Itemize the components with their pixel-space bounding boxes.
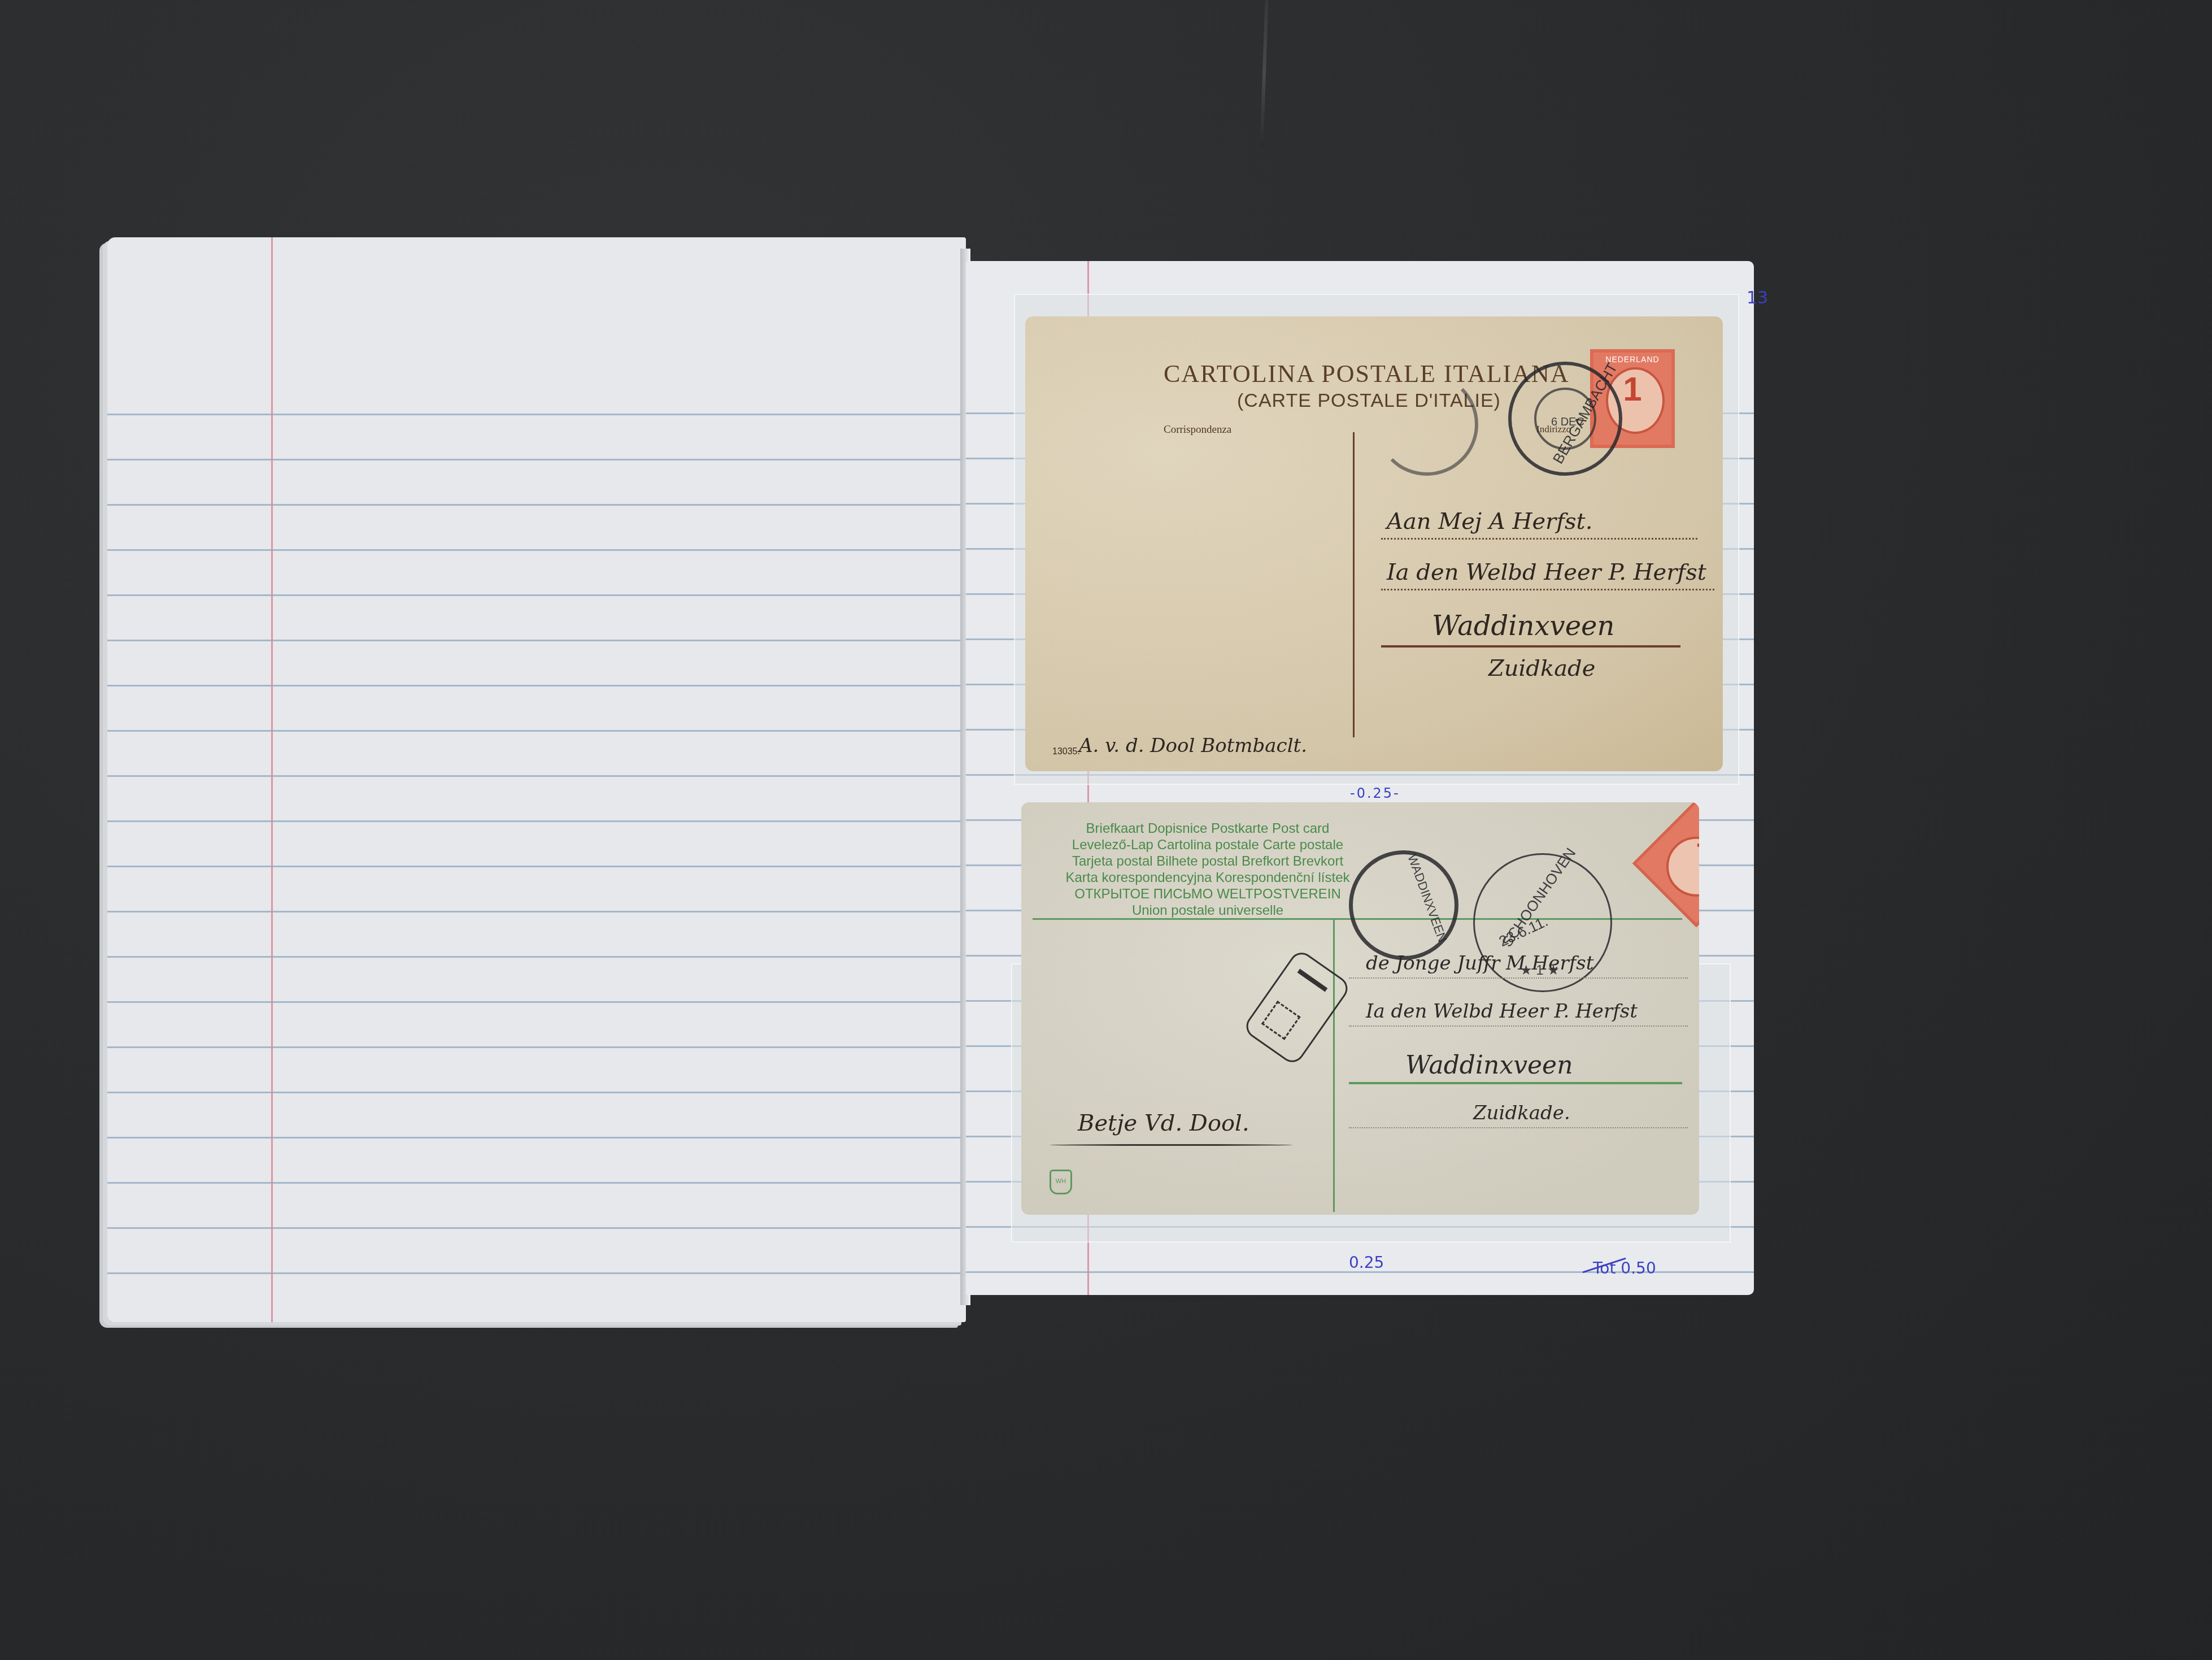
ruled-line bbox=[107, 956, 966, 958]
publisher-number: 13035. bbox=[1052, 747, 1080, 757]
address-rule bbox=[1349, 1127, 1688, 1128]
total-note: Tot 0.50 bbox=[1593, 1259, 1656, 1277]
ruled-line bbox=[107, 911, 966, 912]
publisher-logo-icon: WH bbox=[1050, 1170, 1072, 1194]
address-line: Zuidkade. bbox=[1473, 1102, 1570, 1124]
registration-handstamp-icon bbox=[1242, 948, 1352, 1067]
address-rule bbox=[1381, 538, 1697, 540]
card-divider bbox=[1333, 918, 1335, 1212]
card-title: CARTOLINA POSTALE ITALIANA bbox=[1164, 359, 1570, 388]
header-line: Tarjeta postal Bilhete postal Brefkort B… bbox=[1033, 853, 1383, 870]
postmark-icon: BERGAMBACHT 6 DEC bbox=[1508, 362, 1622, 476]
signature-underline bbox=[1050, 1144, 1292, 1146]
address-line: Waddinxveen bbox=[1405, 1051, 1573, 1080]
price-note-card2: 0.25 bbox=[1349, 1253, 1384, 1272]
ruled-line bbox=[107, 685, 966, 686]
address-rule bbox=[1349, 1025, 1688, 1027]
address-rule bbox=[1381, 589, 1714, 590]
postmark-icon: WADDINXVEEN bbox=[1349, 850, 1458, 960]
address-line: Aan Mej A Herfst. bbox=[1387, 509, 1592, 534]
postcard-upu[interactable]: Briefkaart Dopisnice Postkarte Post card… bbox=[1021, 802, 1699, 1215]
ruled-line bbox=[107, 414, 966, 415]
ruled-line bbox=[107, 640, 966, 641]
ruled-line bbox=[107, 1001, 966, 1003]
ruled-line bbox=[107, 1272, 966, 1274]
header-line: Levelező-Lap Cartolina postale Carte pos… bbox=[1033, 837, 1383, 853]
header-line: Union postale universelle bbox=[1033, 902, 1383, 919]
sender-signature: Betje Vd. Dool. bbox=[1078, 1110, 1249, 1136]
address-line: Ia den Welbd Heer P. Herfst bbox=[1387, 559, 1706, 585]
ruled-line bbox=[107, 866, 966, 867]
stamp-value: 1 bbox=[1663, 836, 1699, 873]
postmark-date: 6 DEC bbox=[1551, 416, 1584, 429]
ruled-line bbox=[107, 459, 966, 460]
notebook-left-page bbox=[107, 237, 966, 1322]
ruled-line bbox=[107, 549, 966, 551]
postcard-italian[interactable]: CARTOLINA POSTALE ITALIANA (CARTE POSTAL… bbox=[1025, 316, 1723, 771]
address-line: Waddinxveen bbox=[1432, 610, 1614, 642]
stamp-icon: 1 bbox=[1632, 802, 1699, 927]
header-line: ОТКРЫТОЕ ПИСЬМО WELTPOSTVEREIN bbox=[1033, 886, 1383, 902]
postmark-icon bbox=[1375, 373, 1478, 476]
address-rule bbox=[1349, 1082, 1682, 1084]
felt-crease bbox=[1260, 0, 1268, 147]
page-number: 13 bbox=[1747, 288, 1768, 308]
ruled-line bbox=[107, 775, 966, 777]
header-line: Karta korespondencyjna Korespondenční lí… bbox=[1033, 870, 1383, 886]
address-line: Zuidkade bbox=[1488, 655, 1595, 681]
address-rule bbox=[1381, 645, 1680, 648]
margin-line bbox=[271, 237, 273, 1322]
address-rule bbox=[1349, 977, 1688, 979]
postmark-text: WADDINXVEEN bbox=[1404, 853, 1449, 944]
card-divider bbox=[1353, 432, 1355, 737]
ruled-line bbox=[107, 594, 966, 596]
ruled-line bbox=[107, 730, 966, 732]
ruled-line bbox=[107, 1046, 966, 1048]
ruled-line bbox=[107, 1137, 966, 1138]
ruled-line bbox=[107, 1092, 966, 1093]
ruled-line bbox=[107, 1227, 966, 1229]
ruled-line bbox=[107, 1182, 966, 1184]
address-line: Ia den Welbd Heer P. Herfst bbox=[1366, 1000, 1638, 1023]
publisher-signature: A. v. d. Dool Botmbaclt. bbox=[1079, 735, 1307, 757]
ruled-line bbox=[107, 504, 966, 506]
label-correspondence: Corrispondenza bbox=[1164, 424, 1231, 436]
header-line: Briefkaart Dopisnice Postkarte Post card bbox=[1033, 820, 1383, 837]
card-header: Briefkaart Dopisnice Postkarte Post card… bbox=[1033, 820, 1383, 919]
address-line: de Jonge Juffr M Herfst bbox=[1366, 952, 1593, 975]
ruled-line bbox=[107, 820, 966, 822]
price-note-card1: -0.25- bbox=[1350, 785, 1400, 801]
